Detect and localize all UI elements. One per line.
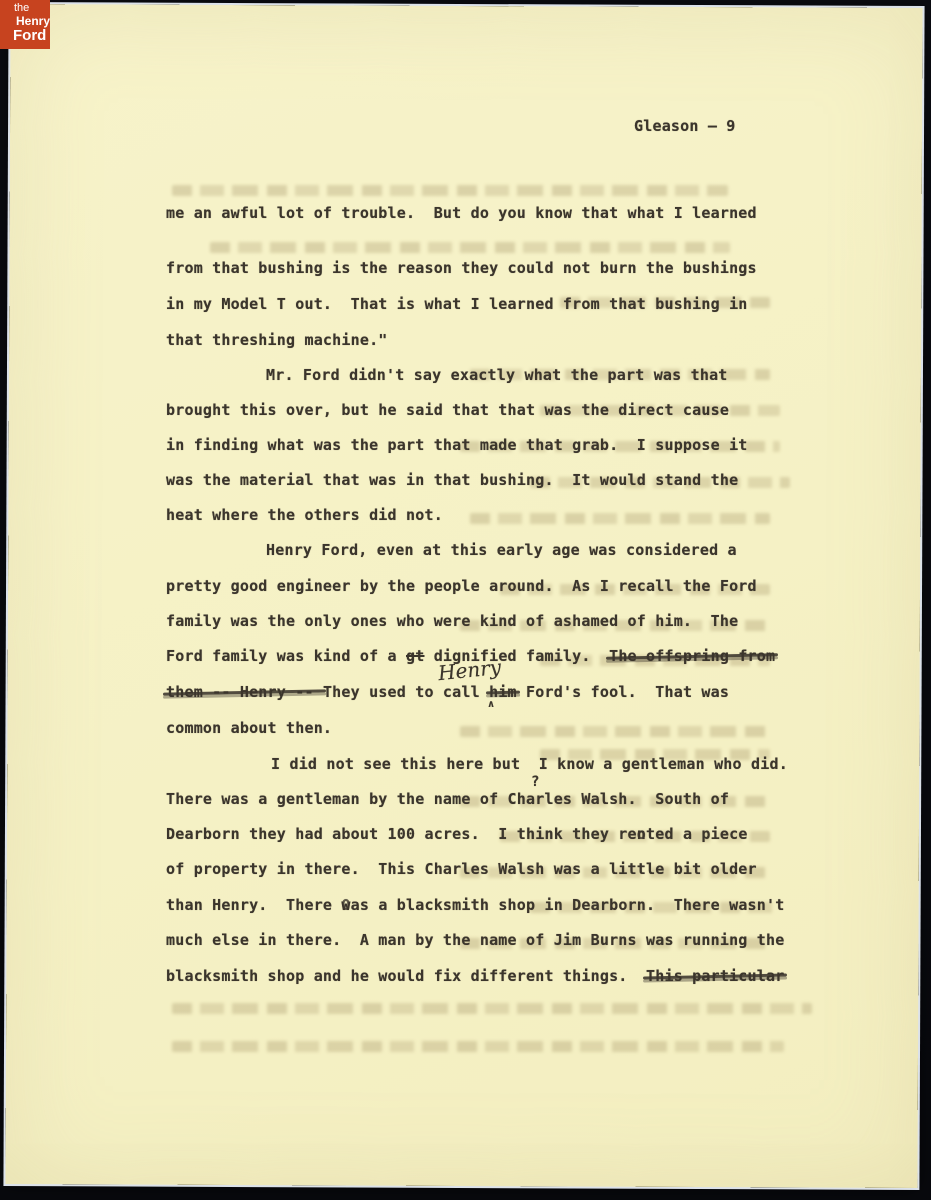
typed-line: Dearborn they had about 100 acres. I thi…: [166, 825, 748, 843]
typed-text: I did not see this here but I know a gen…: [271, 755, 788, 773]
scanned-document-page: Gleason — 9 me an awful lot of trouble. …: [0, 0, 931, 1200]
typed-question-mark: ?: [531, 774, 539, 790]
typed-line: in my Model T out. That is what I learne…: [166, 295, 748, 313]
overtype-mark: 0: [341, 896, 350, 914]
typed-text: They used to call: [323, 683, 489, 701]
typed-line: in finding what was the part that made t…: [166, 436, 748, 454]
overtyped-character: no: [637, 825, 646, 843]
typed-line: I did not see this here but I know a gen…: [271, 755, 788, 773]
typed-line: brought this over, but he said that that…: [166, 401, 729, 419]
struck-out-text: gt: [406, 647, 424, 665]
typed-line: Henry Ford, even at this early age was c…: [266, 541, 737, 559]
struck-out-text: them -- Henry --: [166, 683, 323, 701]
typed-line: that threshing machine.": [166, 331, 388, 349]
handwritten-henry-insertion: Henry: [437, 655, 502, 685]
typed-text: Dearborn they had about 100 acres. I thi…: [166, 825, 637, 843]
typed-line: blacksmith shop and he would fix differe…: [166, 967, 784, 985]
typed-text: Ford family was kind of a: [166, 647, 406, 665]
typed-text: of property in there. This Charles Walsh…: [166, 860, 757, 878]
overtyped-character: w0: [341, 896, 350, 914]
typed-text: much else in there. A man by the name of…: [166, 931, 784, 949]
typed-line: from that bushing is the reason they cou…: [166, 259, 757, 277]
typed-line: heat where the others did not.: [166, 506, 443, 524]
henry-ford-logo: the Henry Ford: [0, 0, 50, 49]
typed-text: blacksmith shop and he would fix differe…: [166, 967, 646, 985]
logo-word-the: the: [14, 2, 29, 14]
typed-text: brought this over, but he said that that…: [166, 401, 729, 419]
typed-line: was the material that was in that bushin…: [166, 471, 738, 489]
bleedthrough-text-line: [460, 726, 770, 737]
typed-text: Henry Ford, even at this early age was c…: [266, 541, 737, 559]
typed-text: that threshing machine.": [166, 331, 388, 349]
typed-line: much else in there. A man by the name of…: [166, 931, 784, 949]
typed-line: me an awful lot of trouble. But do you k…: [166, 204, 757, 222]
typed-text: than Henry. There: [166, 896, 341, 914]
logo-word-ford: Ford: [13, 27, 46, 44]
typed-text: Ford's fool. That was: [517, 683, 729, 701]
struck-out-text: The offspring from: [609, 647, 775, 665]
logo-word-henry: Henry: [16, 14, 50, 28]
bleedthrough-text-line: [172, 1041, 784, 1052]
typed-line: than Henry. There w0as a blacksmith shop…: [166, 896, 784, 914]
bleedthrough-text-line: [470, 513, 770, 524]
typed-text: family was the only ones who were kind o…: [166, 612, 738, 630]
bleedthrough-text-line: [172, 185, 728, 196]
bleedthrough-text-line: [210, 242, 730, 253]
struck-out-text: This particular: [646, 967, 784, 985]
typed-text: was the material that was in that bushin…: [166, 471, 738, 489]
overtype-mark: o: [637, 825, 646, 843]
typed-text: in finding what was the part that made t…: [166, 436, 748, 454]
bleedthrough-text-line: [172, 1003, 812, 1014]
typed-text: There was a gentleman by the name of Cha…: [166, 790, 729, 808]
document-content: Gleason — 9 me an awful lot of trouble. …: [0, 0, 931, 1200]
typed-text: ted a piece: [646, 825, 748, 843]
typed-text: from that bushing is the reason they cou…: [166, 259, 757, 277]
typed-text: heat where the others did not.: [166, 506, 443, 524]
typed-line: pretty good engineer by the people aroun…: [166, 577, 757, 595]
typed-text: common about then.: [166, 719, 332, 737]
typed-line: them -- Henry -- They used to call him F…: [166, 683, 729, 701]
typed-line: common about then.: [166, 719, 332, 737]
page-number-header: Gleason — 9: [634, 117, 736, 135]
typed-text: pretty good engineer by the people aroun…: [166, 577, 757, 595]
typed-line: family was the only ones who were kind o…: [166, 612, 738, 630]
typed-text: in my Model T out. That is what I learne…: [166, 295, 748, 313]
typed-line: of property in there. This Charles Walsh…: [166, 860, 757, 878]
typed-text: me an awful lot of trouble. But do you k…: [166, 204, 757, 222]
typed-line: There was a gentleman by the name of Cha…: [166, 790, 729, 808]
typed-line: Mr. Ford didn't say exactly what the par…: [266, 366, 728, 384]
insertion-caret-mark: ∧: [487, 699, 495, 710]
typed-text: Mr. Ford didn't say exactly what the par…: [266, 366, 728, 384]
typed-text: as a blacksmith shop in Dearborn. There …: [351, 896, 785, 914]
